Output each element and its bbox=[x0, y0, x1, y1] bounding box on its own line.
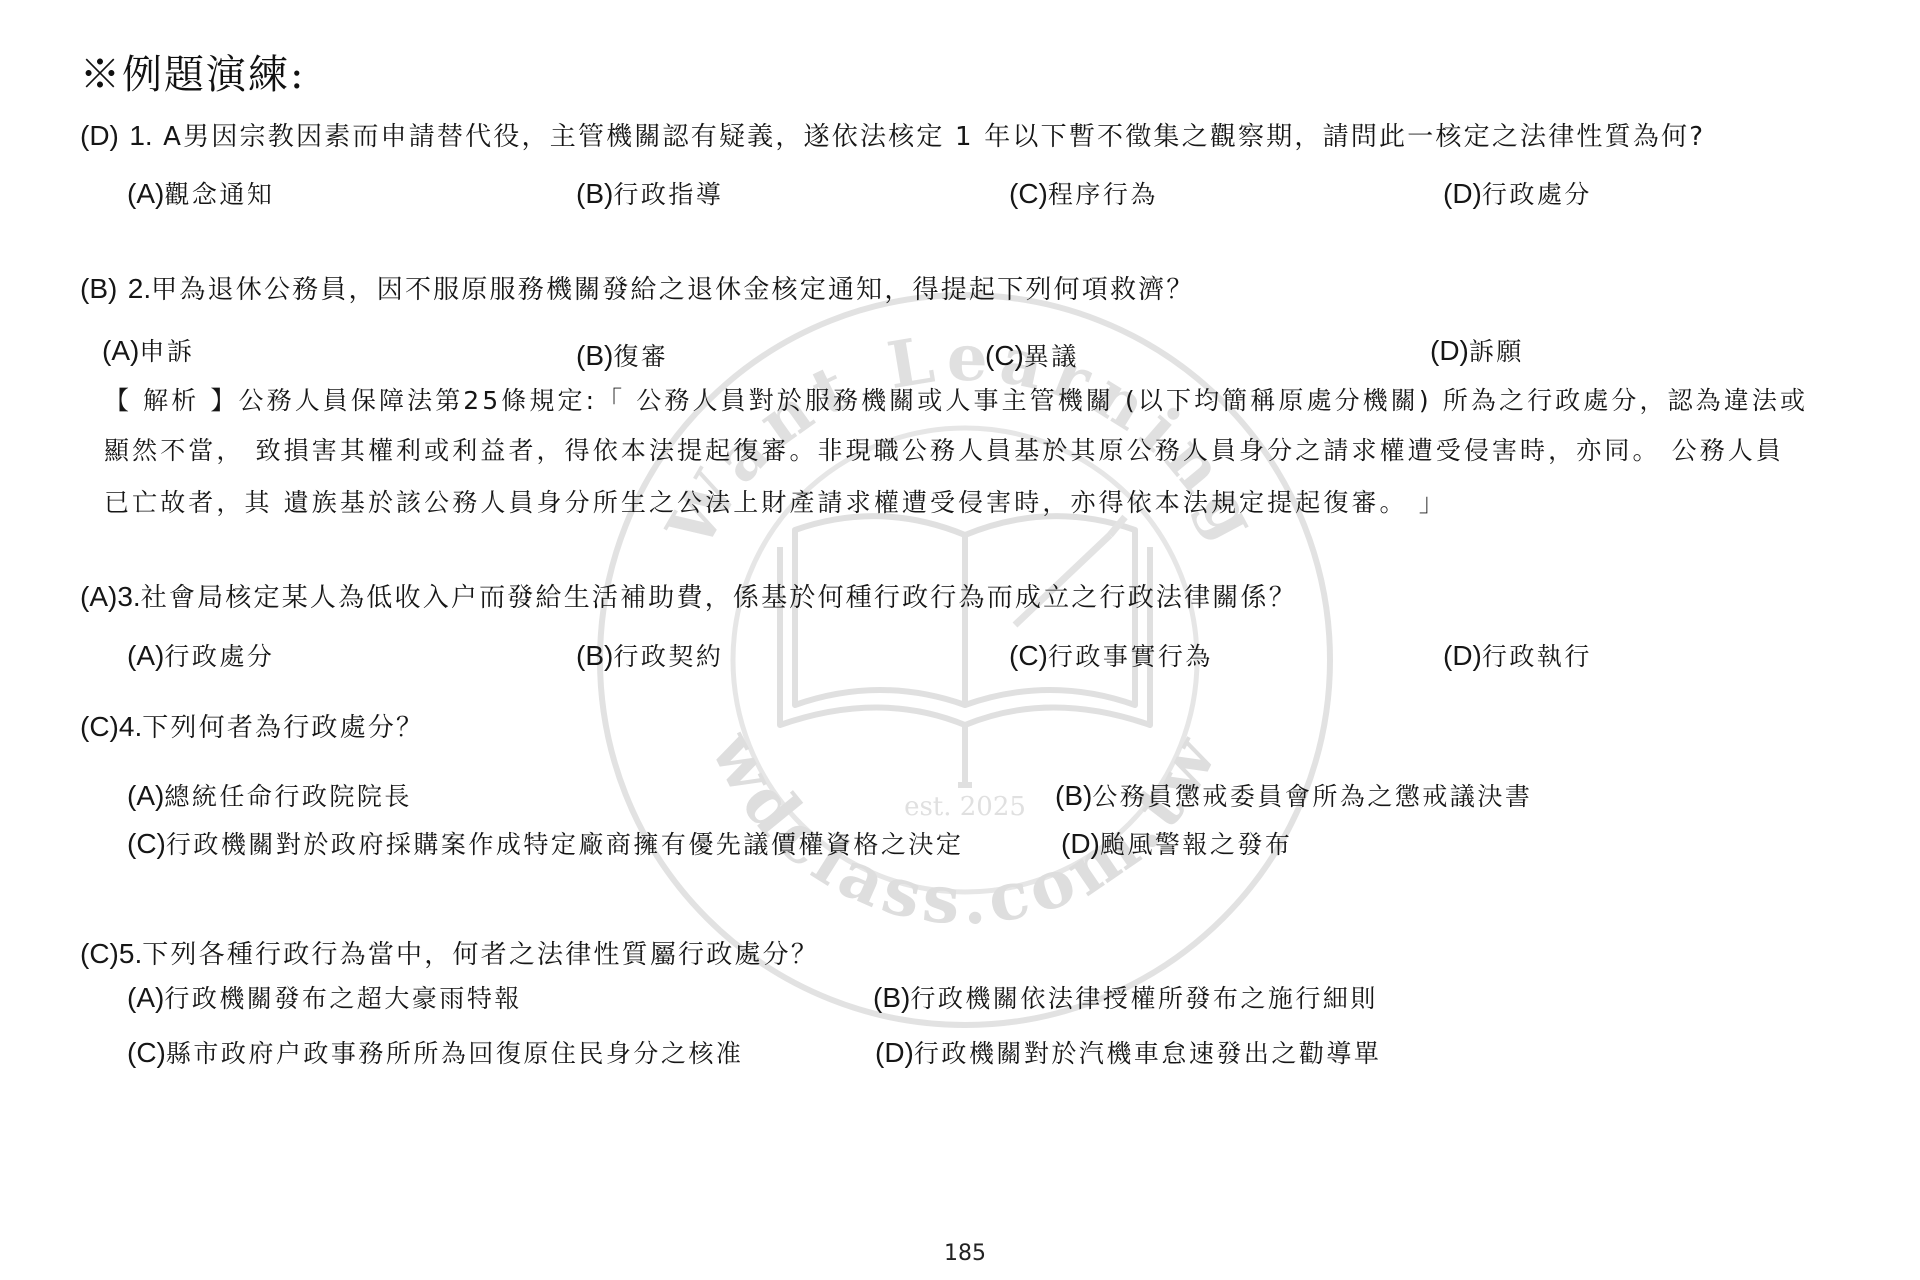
option-label: (B) bbox=[576, 340, 613, 371]
question-1-text: A男因宗教因素而申請替代役，主管機關認有疑義，遂依法核定 1 年以下暫不徵集之觀… bbox=[163, 122, 1705, 152]
option-label: (C) bbox=[1009, 640, 1048, 671]
question-5-option-a: (A)行政機關發布之超大豪雨特報 bbox=[127, 984, 522, 1012]
option-label: (D) bbox=[1061, 828, 1100, 859]
question-2: (B) 2.甲為退休公務員，因不服原服務機關發給之退休金核定通知，得提起下列何項… bbox=[80, 275, 1195, 303]
question-3-option-a: (A)行政處分 bbox=[127, 642, 274, 670]
question-4-text: 下列何者為行政處分？ bbox=[142, 713, 424, 743]
option-text: 申訴 bbox=[139, 337, 194, 366]
option-label: (D) bbox=[1430, 335, 1469, 366]
option-text: 行政處分 bbox=[1482, 180, 1592, 209]
option-label: (A) bbox=[127, 640, 164, 671]
option-label: (A) bbox=[127, 982, 164, 1013]
question-3-option-b: (B)行政契約 bbox=[576, 642, 723, 670]
option-text: 縣市政府户政事務所所為回復原住民身分之核准 bbox=[166, 1039, 744, 1068]
analysis-line-1: 【 解析 】公務人員保障法第25條規定:「 公務人員對於服務機關或人事主管機關 … bbox=[104, 388, 1808, 413]
option-text: 颱風警報之發布 bbox=[1100, 830, 1293, 859]
option-label: (B) bbox=[576, 640, 613, 671]
option-label: (C) bbox=[127, 1037, 166, 1068]
question-1-option-a: (A)觀念通知 bbox=[127, 180, 274, 208]
option-text: 復審 bbox=[613, 342, 668, 371]
option-label: (C) bbox=[985, 340, 1024, 371]
question-5-option-d: (D)行政機關對於汽機車怠速發出之勸導單 bbox=[875, 1039, 1381, 1067]
question-1-option-b: (B)行政指導 bbox=[576, 180, 723, 208]
option-text: 行政執行 bbox=[1482, 642, 1592, 671]
question-5-number: 5. bbox=[119, 938, 142, 969]
option-text: 總統任命行政院院長 bbox=[164, 782, 412, 811]
option-text: 行政事實行為 bbox=[1048, 642, 1213, 671]
option-label: (B) bbox=[873, 982, 910, 1013]
option-text: 行政指導 bbox=[613, 180, 723, 209]
question-4-option-b: (B)公務員懲戒委員會所為之懲戒議決書 bbox=[1055, 782, 1532, 810]
question-5-option-c: (C)縣市政府户政事務所所為回復原住民身分之核准 bbox=[127, 1039, 743, 1067]
question-2-answer: (B) bbox=[80, 273, 117, 304]
question-3-text: 社會局核定某人為低收入户而發給生活補助費，係基於何種行政行為而成立之行政法律關係… bbox=[141, 583, 1297, 613]
option-label: (B) bbox=[1055, 780, 1092, 811]
question-5-answer: (C) bbox=[80, 938, 119, 969]
question-5: (C)5.下列各種行政行為當中，何者之法律性質屬行政處分？ bbox=[80, 940, 819, 968]
question-5-text: 下列各種行政行為當中，何者之法律性質屬行政處分？ bbox=[142, 940, 819, 970]
question-2-option-b: (B)復審 bbox=[576, 342, 668, 370]
watermark-est-text: est. 2025 bbox=[904, 792, 1026, 822]
option-text: 程序行為 bbox=[1048, 180, 1158, 209]
analysis-line-3: 已亡故者，其 遺族基於該公務人員身分所生之公法上財產請求權遭受侵害時，亦得依本法… bbox=[104, 490, 1447, 515]
option-label: (A) bbox=[127, 178, 164, 209]
question-3-answer: (A) bbox=[80, 581, 117, 612]
page-number: 185 bbox=[944, 1243, 986, 1265]
question-2-number: 2. bbox=[128, 273, 151, 304]
question-1-option-d: (D)行政處分 bbox=[1443, 180, 1592, 208]
question-4: (C)4.下列何者為行政處分？ bbox=[80, 713, 424, 741]
option-text: 異議 bbox=[1024, 342, 1079, 371]
question-4-number: 4. bbox=[119, 711, 142, 742]
question-2-option-d: (D)訴願 bbox=[1430, 337, 1524, 365]
question-1-answer: (D) bbox=[80, 120, 119, 151]
option-label: (D) bbox=[1443, 178, 1482, 209]
option-text: 行政機關對於汽機車怠速發出之勸導單 bbox=[914, 1039, 1382, 1068]
question-5-option-b: (B)行政機關依法律授權所發布之施行細則 bbox=[873, 984, 1378, 1012]
option-label: (D) bbox=[1443, 640, 1482, 671]
question-1: (D) 1. A男因宗教因素而申請替代役，主管機關認有疑義，遂依法核定 1 年以… bbox=[80, 122, 1705, 150]
question-1-option-c: (C)程序行為 bbox=[1009, 180, 1158, 208]
section-title: ※例題演練: bbox=[80, 55, 305, 95]
question-1-number: 1. bbox=[129, 120, 152, 151]
option-label: (A) bbox=[102, 335, 139, 366]
question-3-option-c: (C)行政事實行為 bbox=[1009, 642, 1213, 670]
option-text: 訴願 bbox=[1469, 337, 1524, 366]
question-2-text: 甲為退休公務員，因不服原服務機關發給之退休金核定通知，得提起下列何項救濟？ bbox=[151, 275, 1194, 305]
option-text: 行政機關對於政府採購案作成特定廠商擁有優先議價權資格之決定 bbox=[166, 830, 964, 859]
option-label: (C) bbox=[1009, 178, 1048, 209]
option-label: (D) bbox=[875, 1037, 914, 1068]
analysis-line-2: 顯然不當， 致損害其權利或利益者，得依本法提起復審。非現職公務人員基於其原公務人… bbox=[104, 438, 1784, 463]
option-text: 行政處分 bbox=[164, 642, 274, 671]
document-page: Want Learning wdclass.com.tw est. 2025 ※… bbox=[0, 0, 1920, 1280]
option-text: 行政機關發布之超大豪雨特報 bbox=[164, 984, 522, 1013]
question-4-option-d: (D)颱風警報之發布 bbox=[1061, 830, 1292, 858]
option-label: (C) bbox=[127, 828, 166, 859]
question-4-answer: (C) bbox=[80, 711, 119, 742]
question-3: (A)3.社會局核定某人為低收入户而發給生活補助費，係基於何種行政行為而成立之行… bbox=[80, 583, 1297, 611]
option-text: 行政機關依法律授權所發布之施行細則 bbox=[910, 984, 1378, 1013]
question-2-option-a: (A)申訴 bbox=[102, 337, 194, 365]
option-text: 觀念通知 bbox=[164, 180, 274, 209]
question-3-option-d: (D)行政執行 bbox=[1443, 642, 1592, 670]
option-text: 行政契約 bbox=[613, 642, 723, 671]
option-label: (A) bbox=[127, 780, 164, 811]
question-3-number: 3. bbox=[117, 581, 140, 612]
question-4-option-a: (A)總統任命行政院院長 bbox=[127, 782, 412, 810]
question-2-option-c: (C)異議 bbox=[985, 342, 1079, 370]
option-label: (B) bbox=[576, 178, 613, 209]
question-4-option-c: (C)行政機關對於政府採購案作成特定廠商擁有優先議價權資格之決定 bbox=[127, 830, 963, 858]
option-text: 公務員懲戒委員會所為之懲戒議決書 bbox=[1092, 782, 1532, 811]
